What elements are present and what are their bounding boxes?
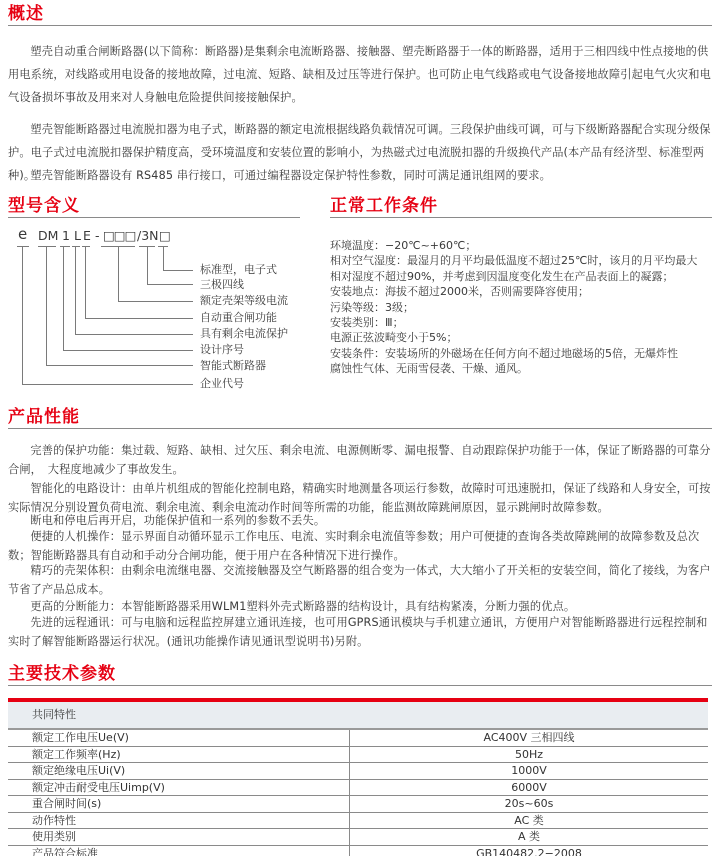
spec-key: 额定绝缘电压Ui(V) [8,763,350,779]
spec-key: 额定冲击耐受电压Uimp(V) [8,780,350,796]
connector-vertical-box [163,246,164,270]
tick-e [17,246,29,247]
spec-key: 重合闸时间(s) [8,796,350,812]
condition-waveform: 电源正弦波畸变小于5%； [330,330,715,345]
code-part-l: L [74,228,81,243]
condition-install-category: 安装类别：Ⅲ； [330,315,715,330]
spec-value: 6000V [350,780,708,796]
table-row: 额定绝缘电压Ui(V) 1000V [8,763,708,780]
spec-value: GB140482.2−2008 [350,846,708,856]
model-label-smart-breaker: 智能式断路器 [200,359,266,373]
spec-table: 共同特性 额定工作电压Ue(V) AC400V 三相四线 额定工作频率(Hz) … [8,698,708,856]
spec-value: 1000V [350,763,708,779]
condition-ambient-temp: 环境温度：−20℃~+60℃； [330,238,715,253]
overview-paragraph-1: 塑壳自动重合闸断路器(以下简称：断路器)是集剩余电流断路器、接触器、塑壳断路器于… [8,40,712,109]
model-label-auto-reclose: 自动重合闸功能 [200,311,277,325]
model-label-residual-protection: 具有剩余电流保护 [200,327,288,341]
conditions-list: 环境温度：−20℃~+60℃； 相对空气湿度：最湿月的月平均最低温度不超过25℃… [330,238,715,377]
tick-1 [60,246,70,247]
connector-horizontal-2 [147,284,193,285]
model-label-company-code: 企业代号 [200,377,244,391]
model-divider [8,217,300,218]
connector-horizontal-1 [163,270,193,271]
performance-hmi: 便捷的人机操作：显示界面自动循环显示工作电压、电流、实时剩余电流值等参数；用户可… [8,527,712,565]
connector-vertical-boxes [118,246,119,301]
model-label-frame-current: 额定壳架等级电流 [200,294,288,308]
table-row: 动作特性 AC 类 [8,813,708,830]
specs-title: 主要技术参数 [8,664,116,684]
spec-table-header: 共同特性 [8,702,708,730]
spec-key: 动作特性 [8,813,350,829]
table-row: 重合闸时间(s) 20s~60s [8,796,708,813]
tick-l [72,246,80,247]
conditions-title: 正常工作条件 [330,196,438,216]
spec-key: 额定工作频率(Hz) [8,747,350,763]
code-part-3n: /3N [137,228,159,243]
condition-altitude: 安装地点：海拔不超过2000米，否则需要降容使用； [330,284,715,299]
table-row: 产品符合标准 GB140482.2−2008 [8,846,708,856]
code-part-dash: - [95,228,100,243]
spec-value: 20s~60s [350,796,708,812]
model-title: 型号含义 [8,196,80,216]
model-label-poles: 三极四线 [200,278,244,292]
connector-horizontal-8 [22,384,193,385]
tick-dm [38,246,56,247]
performance-protection: 完善的保护功能：集过载、短路、缺相、过欠压、剩余电流、电源侧断零、漏电报警、自动… [8,441,712,479]
condition-install-1: 安装条件：安装场所的外磁场在任何方向不超过地磁场的5倍，无爆炸性 [330,346,715,361]
overview-title: 概述 [8,4,44,24]
performance-compact: 精巧的壳架体积：由剩余电流继电器、交流接触器及空气断路器的组合变为一体式，大大缩… [8,561,712,599]
condition-humidity-1: 相对空气湿度：最湿月的月平均最低温度不超过25℃时，该月的月平均最大 [330,253,715,268]
spec-value: A 类 [350,829,708,845]
table-row: 使用类别 A 类 [8,829,708,846]
overview-paragraph-3: 塑壳智能断路器设有 RS485 串行接口，可通过编程器设定保护特性参数，同时可满… [8,164,712,187]
spec-value: 50Hz [350,747,708,763]
performance-divider [8,428,712,429]
connector-vertical-e [22,246,23,384]
table-row: 额定工作频率(Hz) 50Hz [8,747,708,764]
condition-humidity-2: 相对湿度不超过90%，并考虑到因温度变化发生在产品表面上的凝露； [330,269,715,284]
connector-vertical-e2 [85,246,86,318]
table-row: 额定工作电压Ue(V) AC400V 三相四线 [8,730,708,747]
code-part-boxes: □□□ [103,228,135,243]
connector-horizontal-4 [85,318,193,319]
connector-vertical-l [75,246,76,334]
model-label-design-number: 设计序号 [200,343,244,357]
performance-title: 产品性能 [8,407,80,427]
tick-e2 [82,246,90,247]
model-label-type: 标准型，电子式 [200,263,277,277]
connector-vertical-dm [46,246,47,365]
spec-key: 使用类别 [8,829,350,845]
connector-horizontal-6 [63,350,193,351]
performance-remote: 先进的远程通讯：可与电脑和远程监控屏建立通讯连接，也可用GPRS通讯模块与手机建… [8,613,712,651]
condition-pollution: 污染等级：3级； [330,300,715,315]
spec-key: 产品符合标准 [8,846,350,856]
conditions-divider [330,217,712,218]
spec-value: AC 类 [350,813,708,829]
specs-divider [8,685,712,686]
code-part-e2: E [83,228,91,243]
condition-install-2: 腐蚀性气体、无雨雪侵袭、干燥、通风。 [330,361,715,376]
spec-value: AC400V 三相四线 [350,730,708,746]
connector-horizontal-5 [75,334,193,335]
connector-horizontal-3 [118,301,193,302]
overview-divider [8,25,712,26]
spec-key: 额定工作电压Ue(V) [8,730,350,746]
connector-horizontal-7 [46,365,193,366]
code-part-dm: DM [38,228,58,243]
connector-vertical-1 [63,246,64,350]
code-part-e: e [18,225,27,243]
connector-vertical-3n [147,246,148,284]
code-part-1: 1 [62,228,70,243]
code-part-box: □ [159,228,171,243]
table-row: 额定冲击耐受电压Uimp(V) 6000V [8,780,708,797]
